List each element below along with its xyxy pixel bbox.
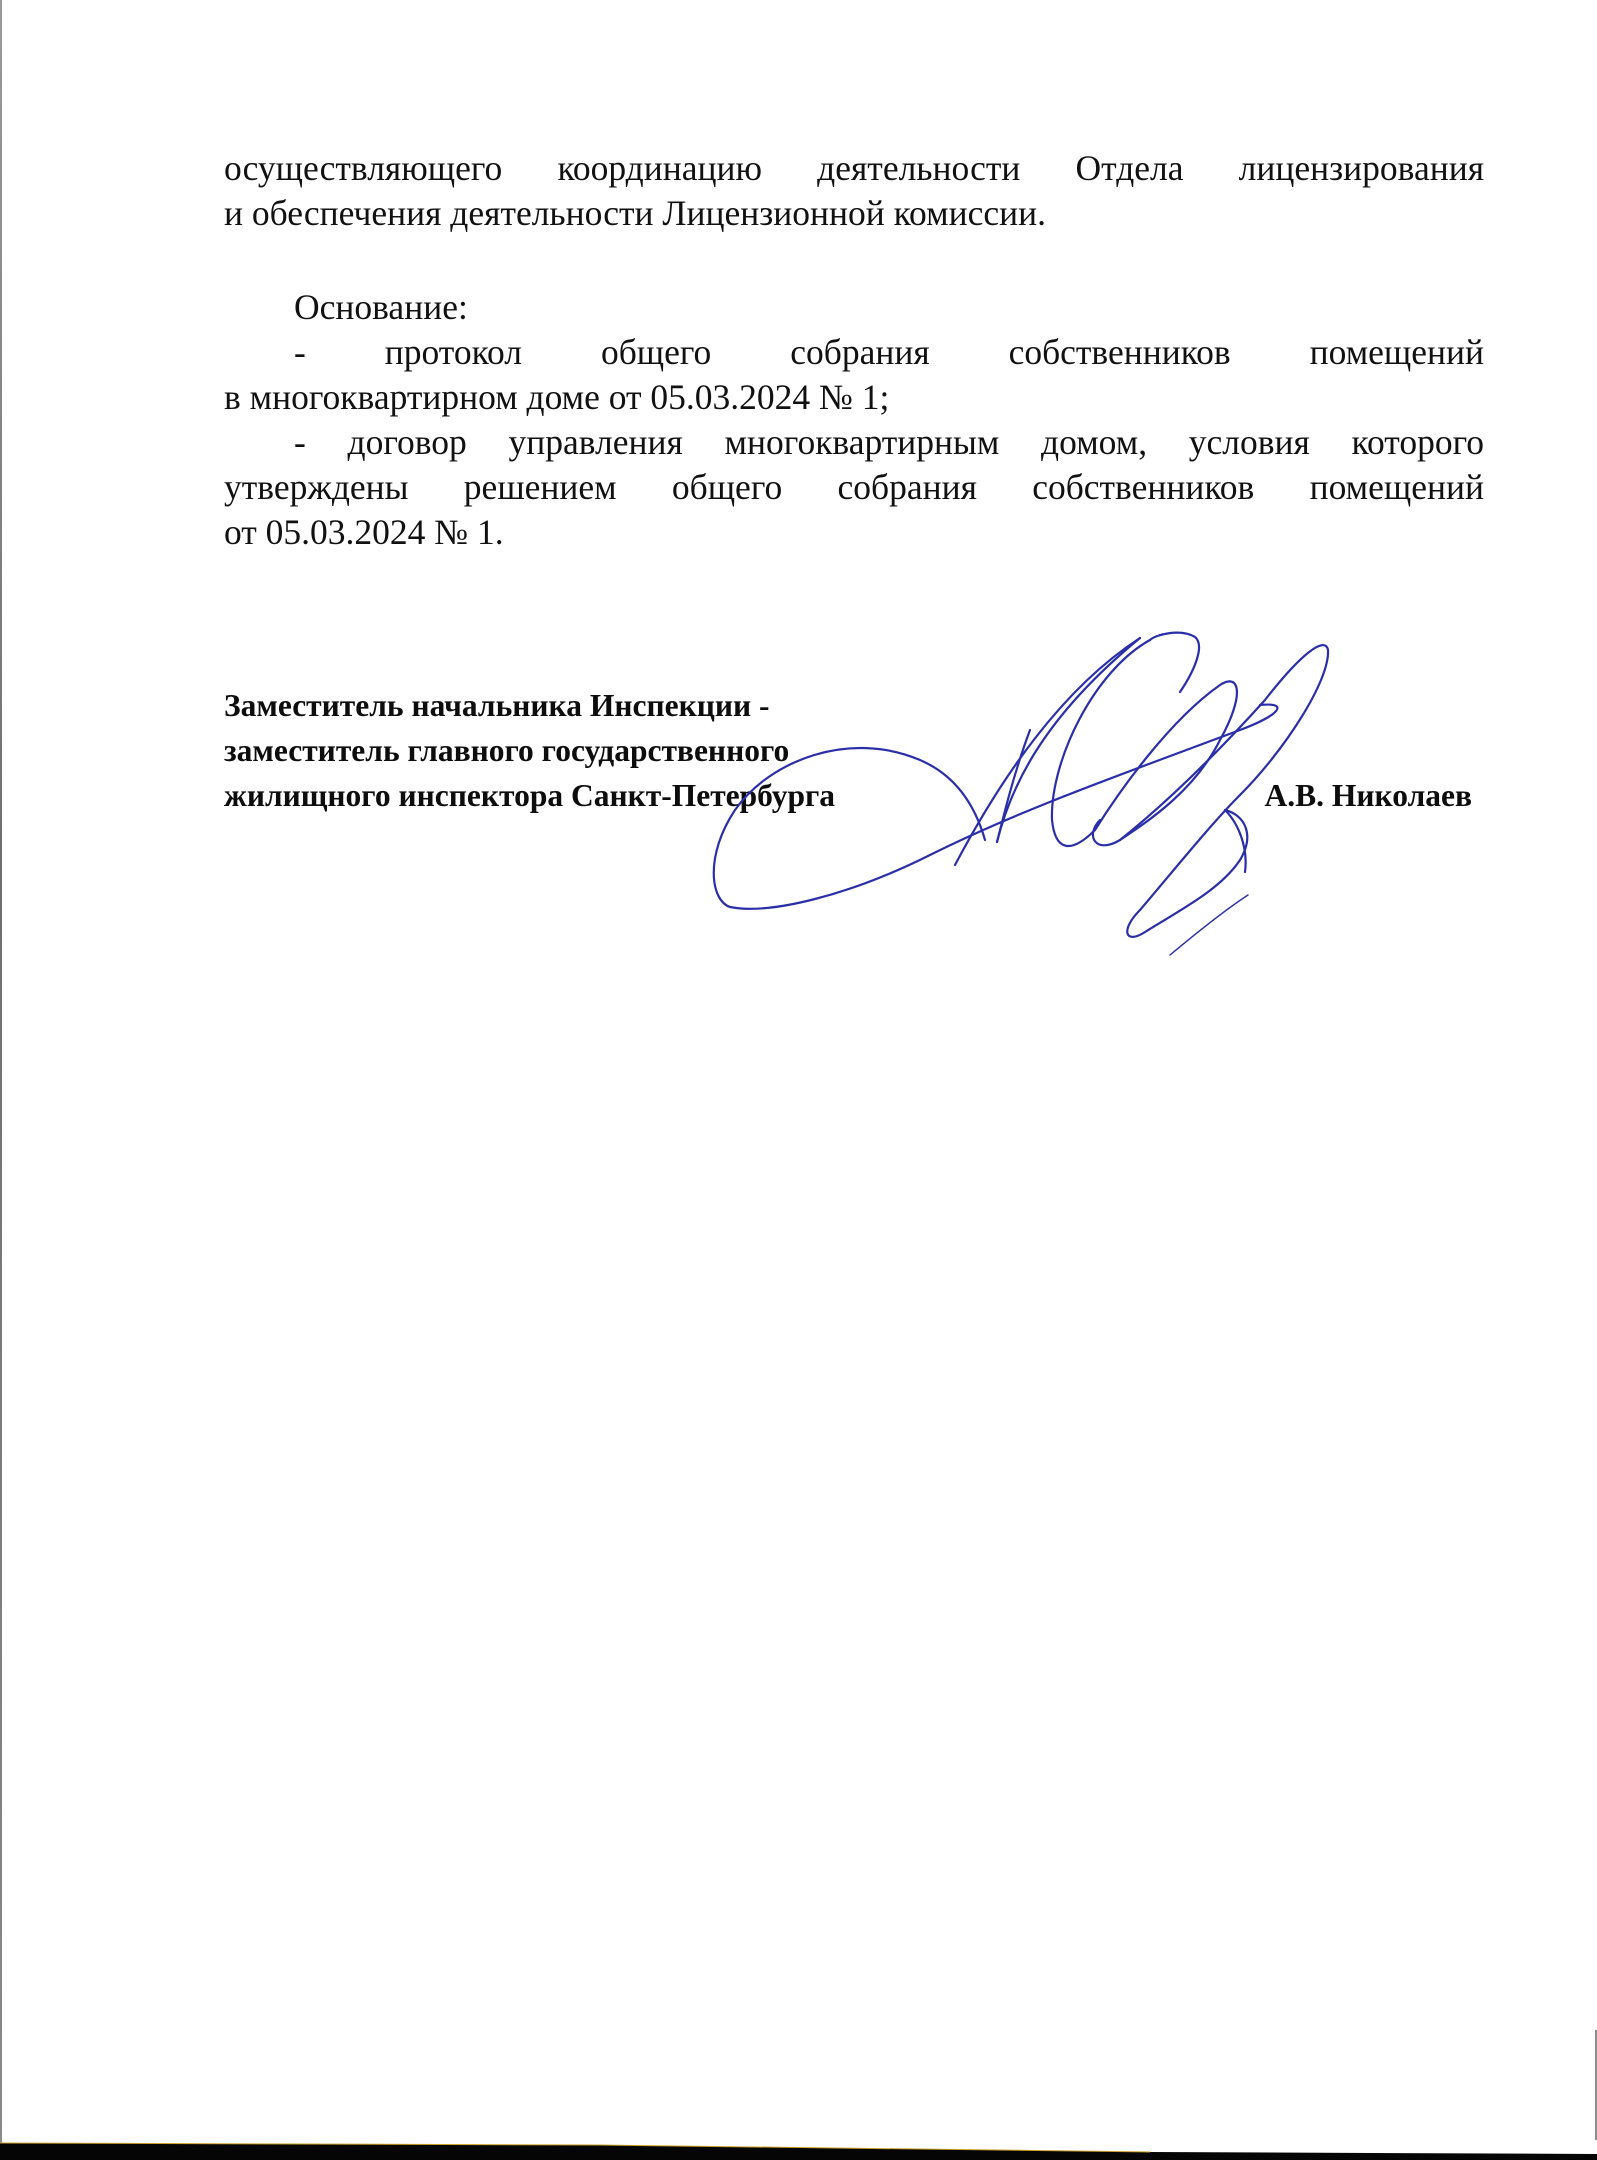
signatory-name: А.В. Николаев <box>1264 773 1472 818</box>
basis-item-1-line-1: - протокол общего собрания собственников… <box>224 330 1484 375</box>
basis-heading: Основание: <box>224 285 1484 330</box>
basis-item-contract: - договор управления многоквартирным дом… <box>224 420 1484 555</box>
basis-section: Основание: - протокол общего собрания со… <box>224 285 1484 555</box>
basis-item-2-line-1: - договор управления многоквартирным дом… <box>224 420 1484 465</box>
basis-item-2-line-3: от 05.03.2024 № 1. <box>224 510 1484 555</box>
signatory-position: Заместитель начальника Инспекции - замес… <box>224 683 835 818</box>
signatory-position-line-1: Заместитель начальника Инспекции - <box>224 683 835 728</box>
spacer <box>224 236 1484 285</box>
scan-left-edge <box>0 0 2 2160</box>
document-page: осуществляющего координацию деятельности… <box>0 0 1597 2160</box>
scan-bottom-bar <box>0 2140 1597 2160</box>
paragraph-line-1: осуществляющего координацию деятельности… <box>224 146 1484 191</box>
paragraph-continuation: осуществляющего координацию деятельности… <box>224 146 1484 236</box>
signatory-position-line-2: заместитель главного государственного <box>224 728 835 773</box>
basis-item-protocol: - протокол общего собрания собственников… <box>224 330 1484 420</box>
basis-item-2-line-2: утверждены решением общего собрания собс… <box>224 465 1484 510</box>
signatory-position-line-3: жилищного инспектора Санкт-Петербурга <box>224 773 835 818</box>
paragraph-line-2: и обеспечения деятельности Лицензионной … <box>224 191 1484 236</box>
basis-item-1-line-2: в многоквартирном доме от 05.03.2024 № 1… <box>224 375 1484 420</box>
document-body: осуществляющего координацию деятельности… <box>224 146 1484 555</box>
